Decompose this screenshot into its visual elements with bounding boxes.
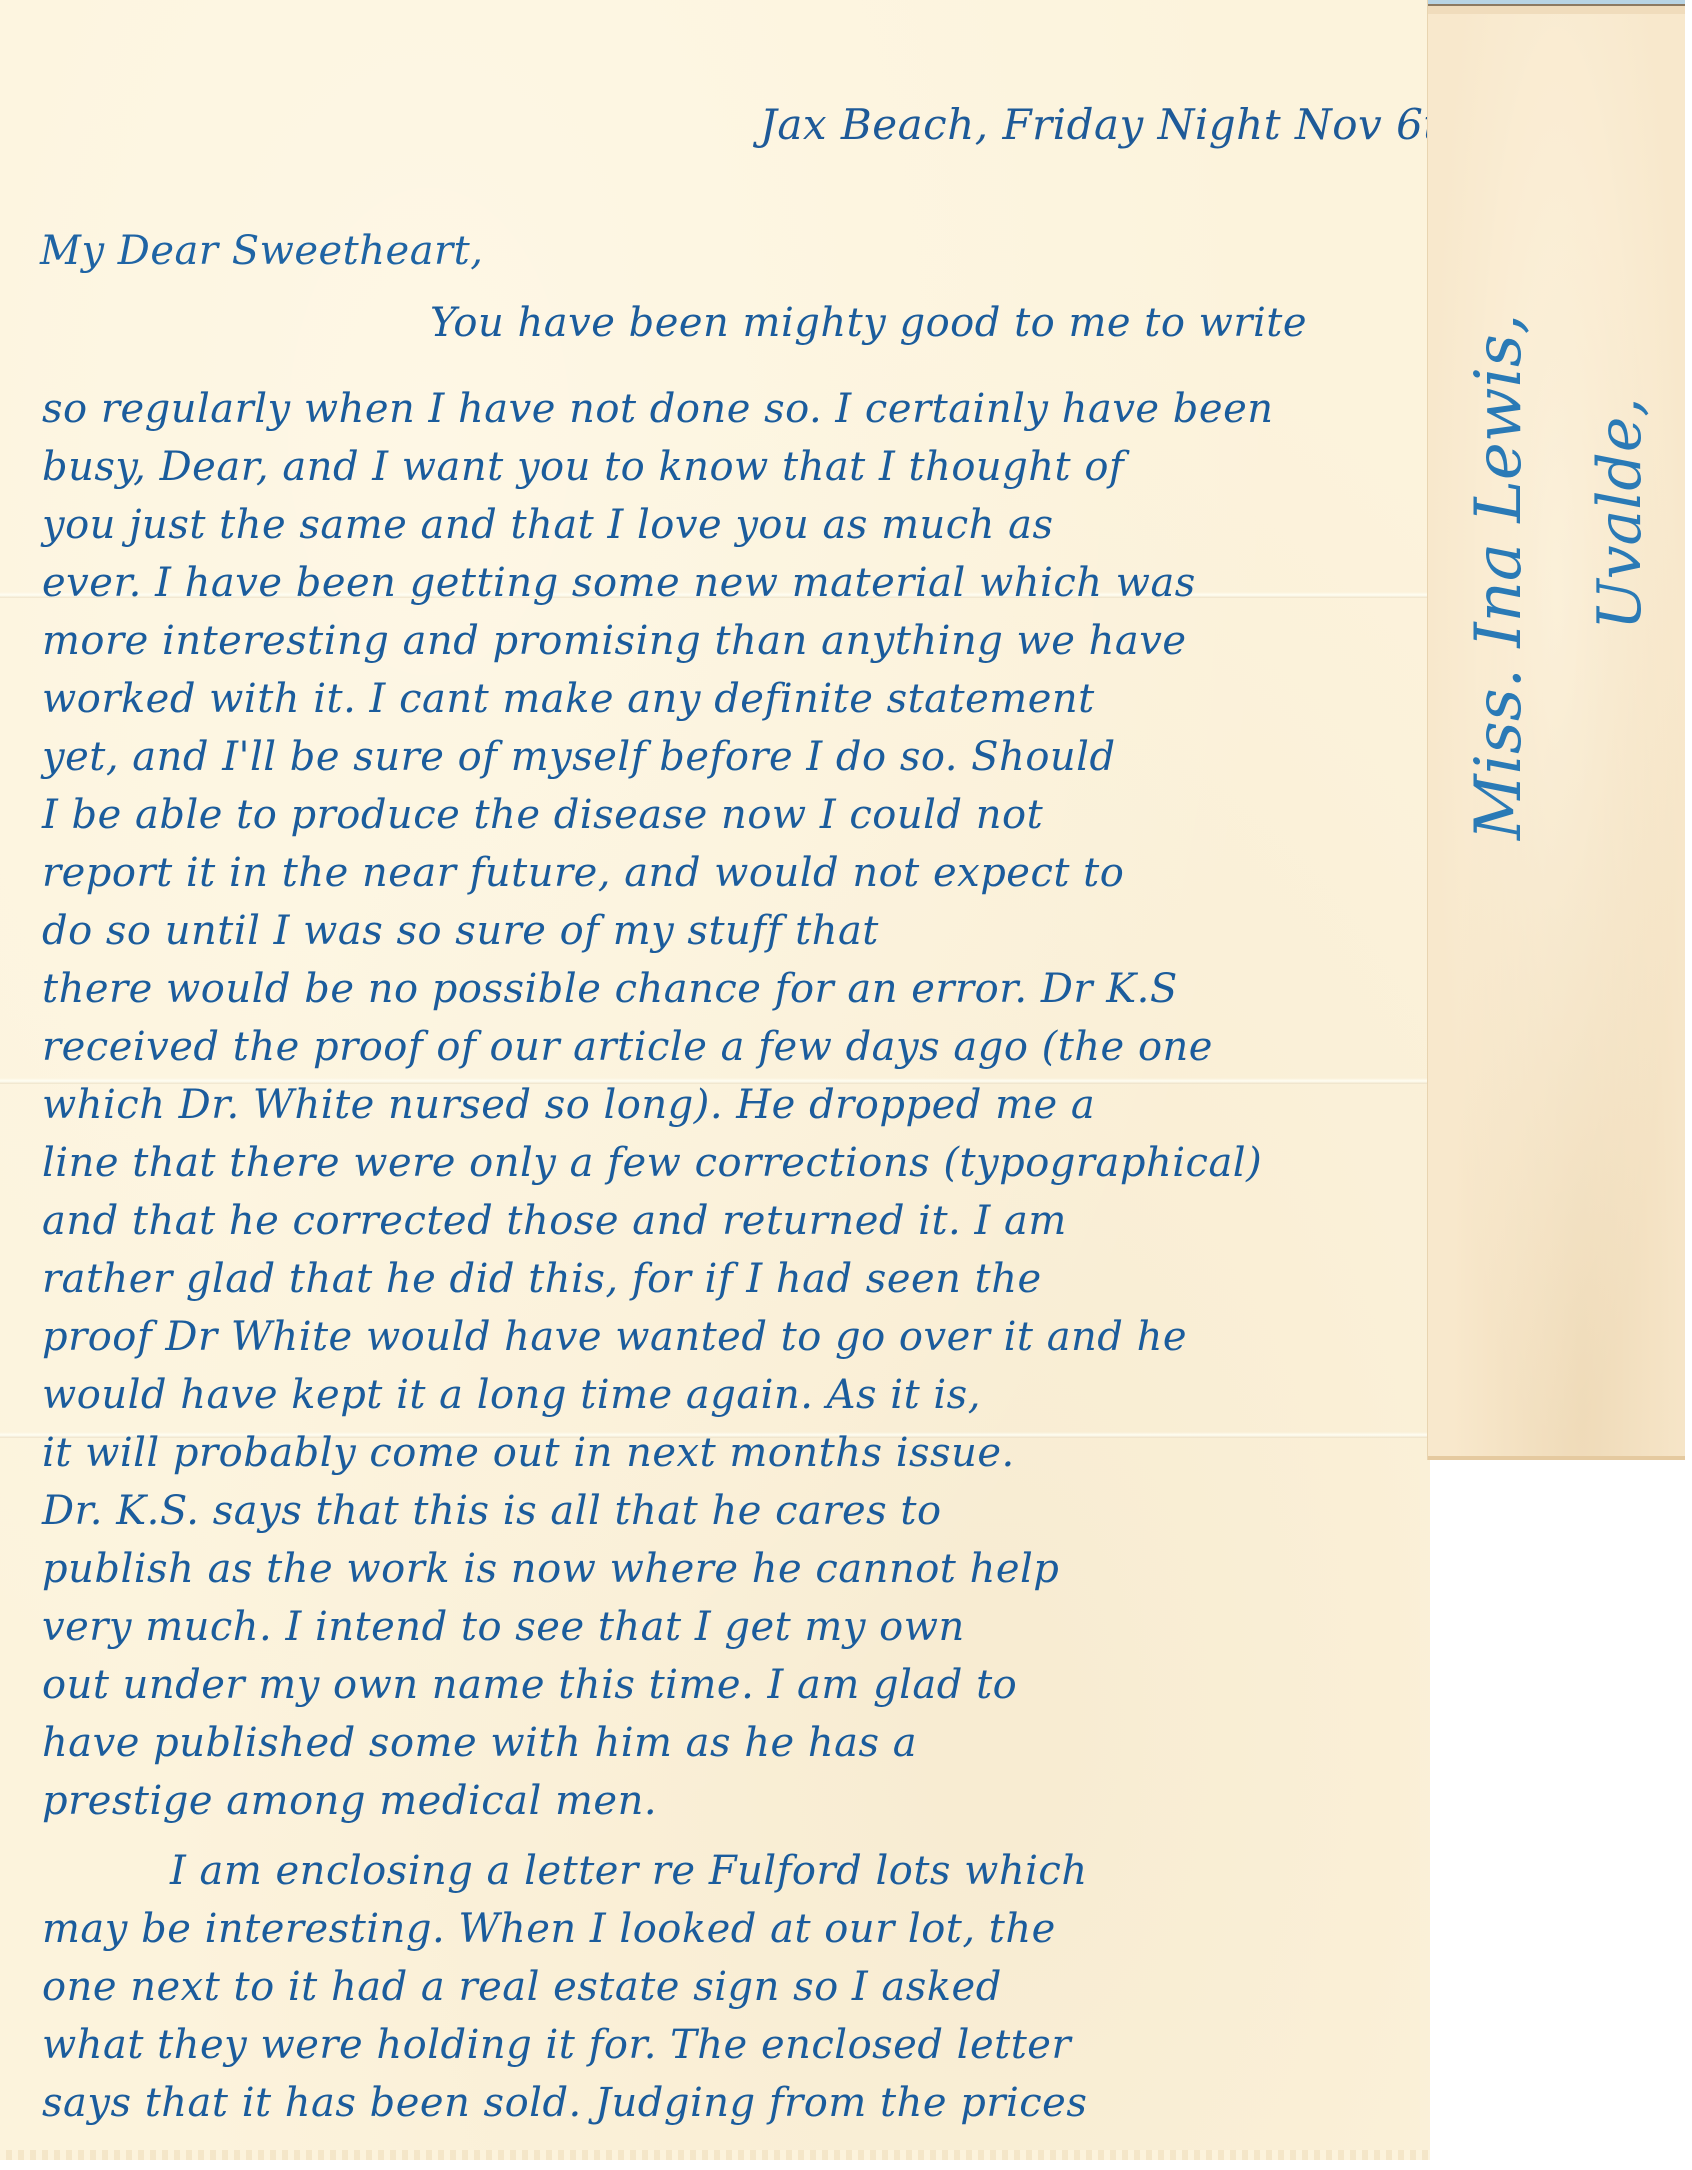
letter-line: report it in the near future, and would … [42,850,1124,896]
letter-page: Jax Beach, Friday Night Nov 6th. My Dear… [0,0,1430,2158]
letter-line: publish as the work is now where he cann… [42,1546,1059,1592]
letter-line: worked with it. I cant make any definite… [42,676,1095,722]
letter-line: out under my own name this time. I am gl… [42,1662,1017,1708]
letter-line: may be interesting. When I looked at our… [42,1906,1056,1952]
letter-line: would have kept it a long time again. As… [42,1372,981,1418]
letter-line: and that he corrected those and returned… [42,1198,1067,1244]
letter-line: very much. I intend to see that I get my… [42,1604,965,1650]
letter-line: so regularly when I have not done so. I … [42,386,1274,432]
torn-bottom-edge [0,2150,1430,2160]
letter-line: I am enclosing a letter re Fulford lots … [170,1848,1088,1894]
letter-line: one next to it had a real estate sign so… [42,1964,1002,2010]
letter-line: have published some with him as he has a [42,1720,917,1766]
letter-line: it will probably come out in next months… [42,1430,1015,1476]
envelope-addressee: Miss. Ina Lewis, [1462,314,1536,840]
letter-line: Dr. K.S. says that this is all that he c… [42,1488,942,1534]
letter-line: which Dr. White nursed so long). He drop… [42,1082,1095,1128]
letter-line: do so until I was so sure of my stuff th… [42,908,879,954]
letter-line: busy, Dear, and I want you to know that … [42,444,1124,490]
letter-line: received the proof of our article a few … [42,1024,1213,1070]
letter-line: says that it has been sold. Judging from… [42,2080,1087,2126]
letter-line: I be able to produce the disease now I c… [42,792,1043,838]
envelope-bottom-edge [1428,1456,1685,1460]
letter-line: yet, and I'll be sure of myself before I… [42,734,1116,780]
letter-line: proof Dr White would have wanted to go o… [42,1314,1187,1360]
letter-dateline: Jax Beach, Friday Night Nov 6th. [760,100,1482,149]
letter-line: prestige among medical men. [42,1778,657,1824]
letter-line: rather glad that he did this, for if I h… [42,1256,1042,1302]
letter-salutation: My Dear Sweetheart, [40,228,483,274]
envelope-city: Uvalde, [1585,398,1655,630]
envelope-torn-edge [1428,0,1685,14]
letter-line: more interesting and promising than anyt… [42,618,1187,664]
letter-line: there would be no possible chance for an… [42,966,1178,1012]
letter-line: what they were holding it for. The enclo… [42,2022,1071,2068]
letter-line: ever. I have been getting some new mater… [42,560,1196,606]
letter-line: line that there were only a few correcti… [42,1140,1262,1186]
letter-line: you just the same and that I love you as… [42,502,1054,548]
letter-line: You have been mighty good to me to write [430,300,1307,346]
